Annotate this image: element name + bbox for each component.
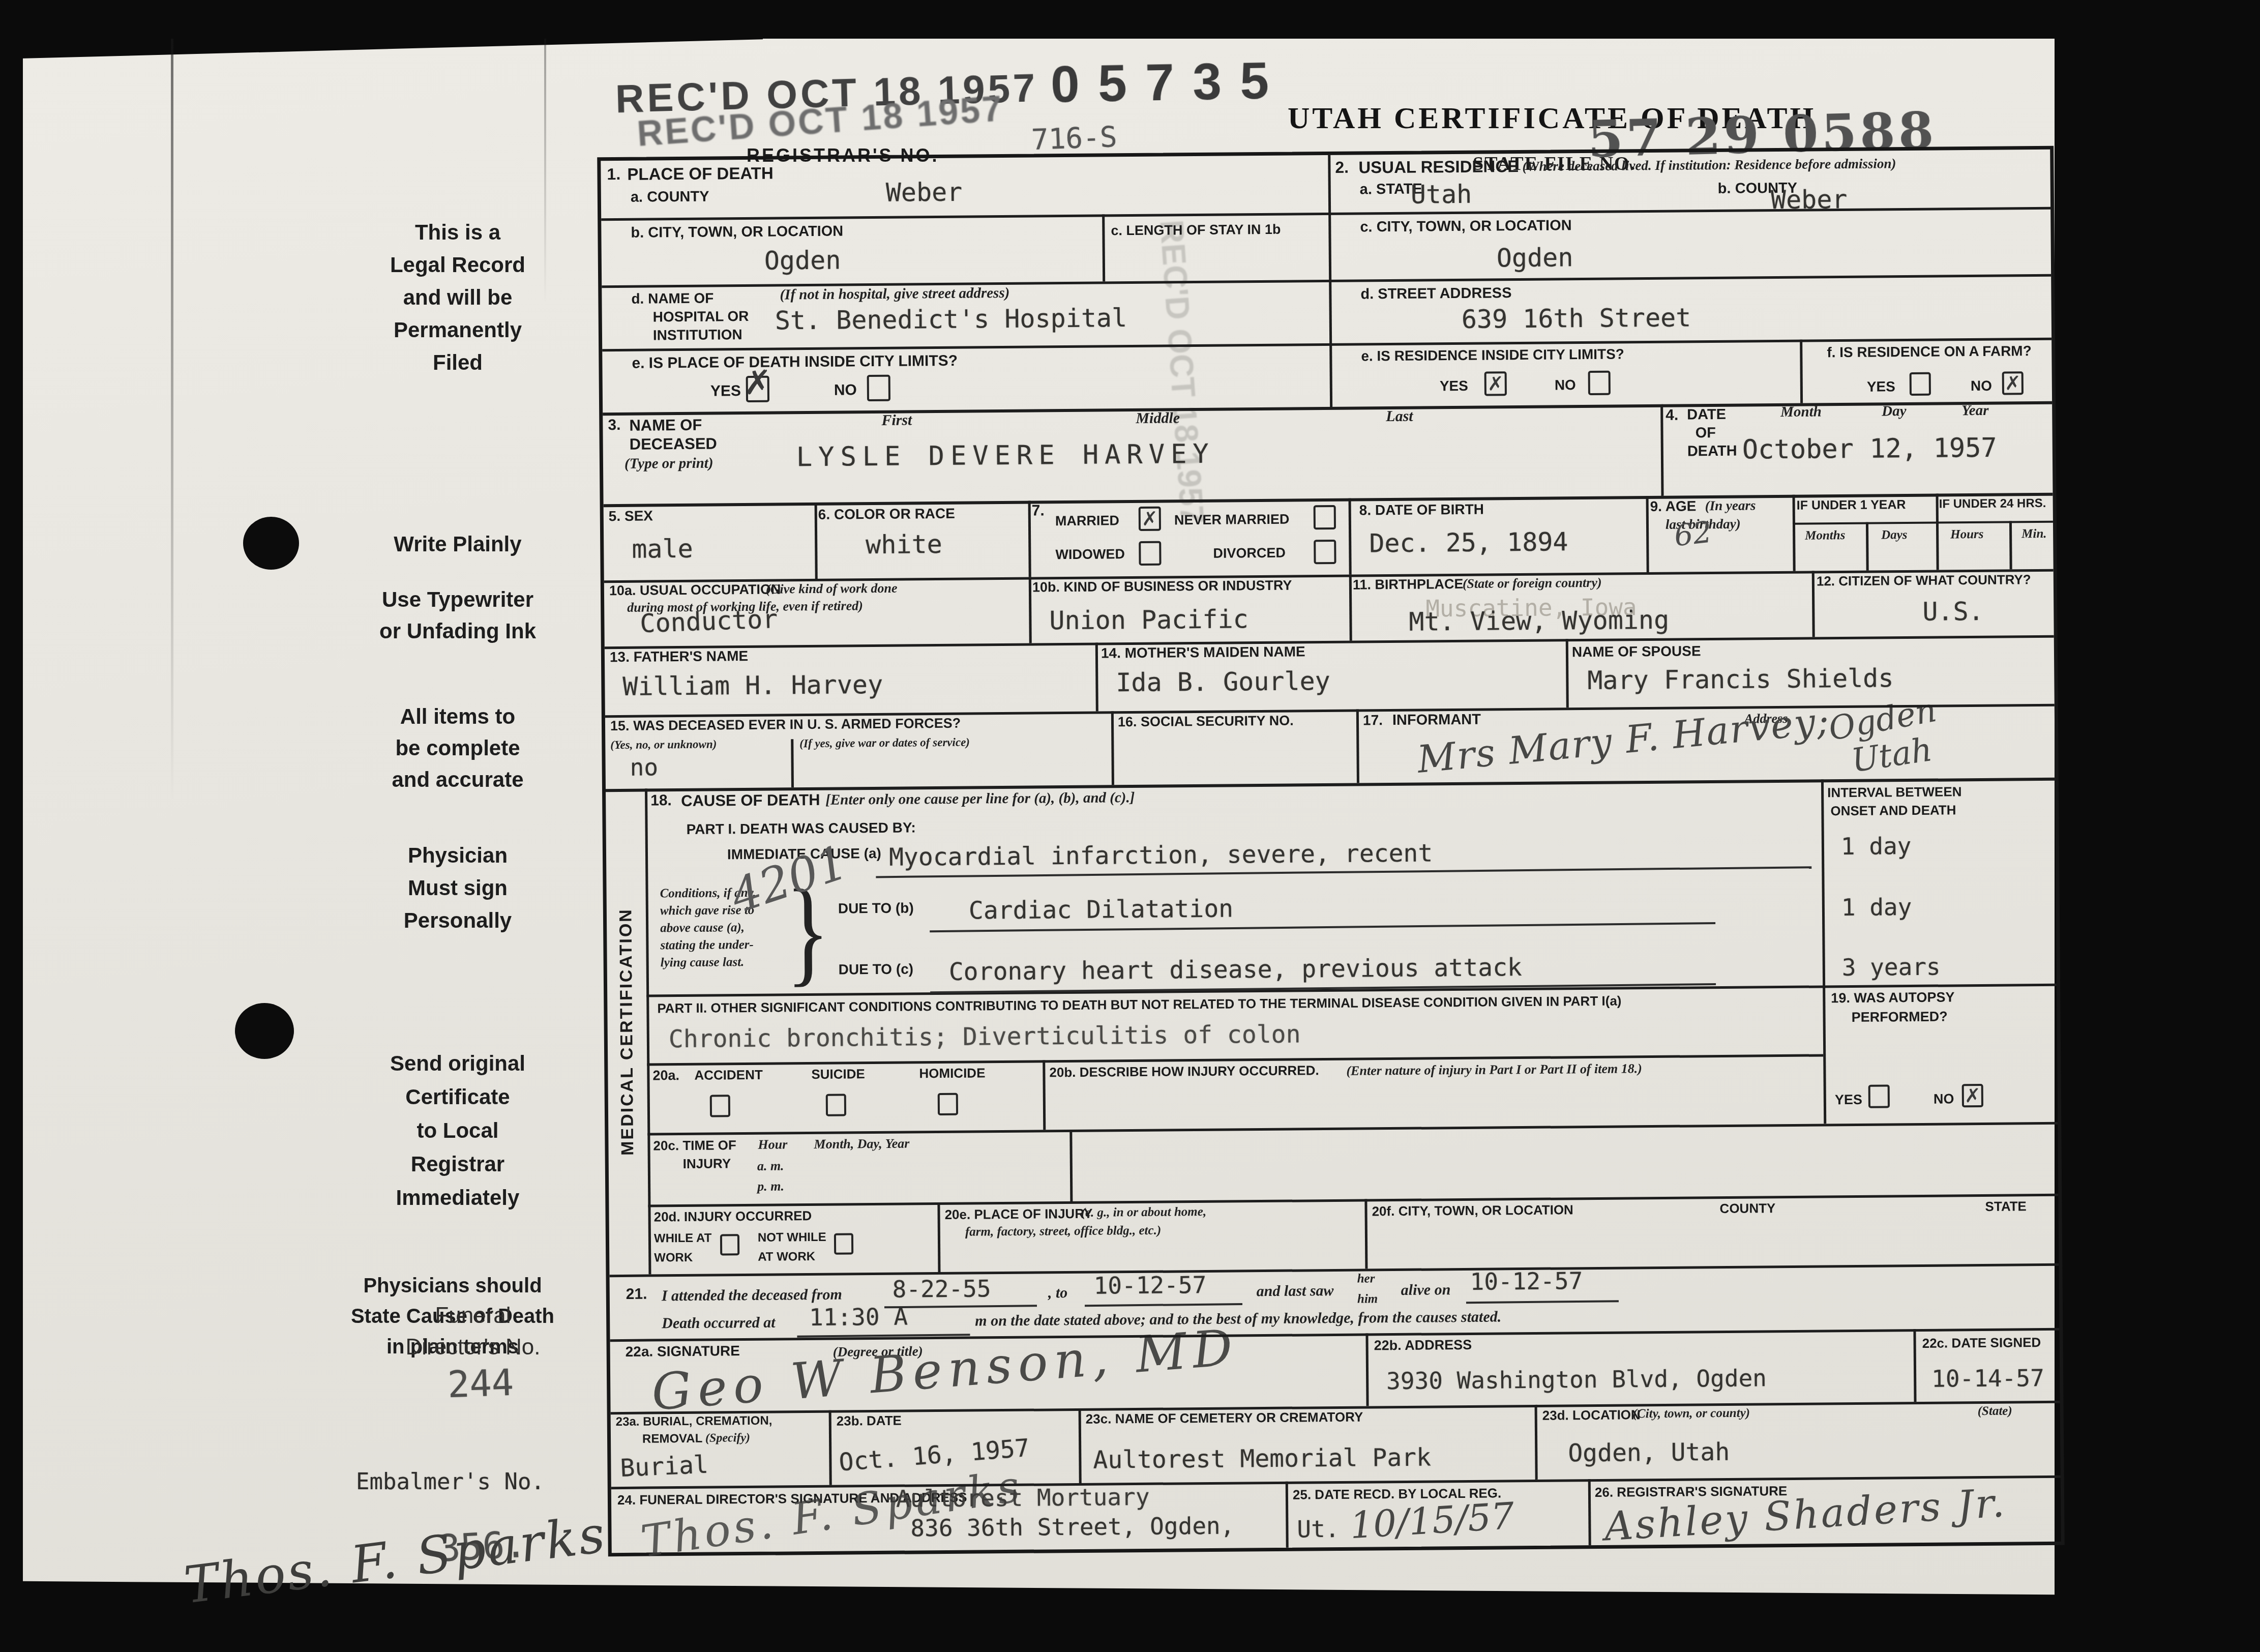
birthplace-label: 11. BIRTHPLACE	[1353, 576, 1464, 593]
grid-line	[1029, 577, 1032, 643]
batch-number-stamp: 0 5 7 3 5	[1050, 51, 1271, 114]
married-checkbox: ✗	[1139, 507, 1161, 531]
margin-note-use-typewriter: Use Typewriter or Unfading Ink	[325, 584, 590, 647]
yes-label: YES	[1835, 1092, 1862, 1108]
embalmer-no-label: Embalmer's No.	[356, 1469, 545, 1495]
informant-label: INFORMANT	[1392, 712, 1481, 729]
grid-line	[829, 1410, 832, 1485]
physician-address-label: 22b. ADDRESS	[1374, 1337, 1472, 1354]
no-label: NO	[1555, 377, 1576, 393]
cause-a-value: Myocardial infarction, severe, recent	[889, 839, 1433, 871]
grid-line	[647, 1122, 2058, 1136]
burial-specify-hint: (Specify)	[705, 1431, 750, 1445]
box18-title: CAUSE OF DEATH	[681, 791, 820, 810]
age-hint-1: (In years	[1705, 497, 1756, 514]
city-of-death-value: Ogden	[764, 246, 841, 276]
grid-line	[1069, 1130, 1073, 1201]
no-label: NO	[834, 381, 857, 399]
hospital-value: St. Benedict's Hospital	[775, 303, 1127, 335]
injury-county-label: COUNTY	[1719, 1200, 1775, 1217]
margin-line: Use Typewriter	[325, 584, 590, 615]
informant-number: 17.	[1363, 712, 1383, 728]
birthplace-hint: (State or foreign country)	[1463, 575, 1602, 592]
margin-line: and will be	[325, 281, 590, 314]
to-text: , to	[1048, 1284, 1068, 1302]
injury-state-label: STATE	[1985, 1198, 2027, 1215]
city-of-death-label: b. CITY, TOWN, OR LOCATION	[631, 223, 843, 241]
name-first-header: First	[881, 411, 912, 429]
funeral-director-no-value: 244	[447, 1361, 515, 1406]
residence-farm-no-checkbox: ✗	[2002, 371, 2024, 395]
occupation-label: 10a. USUAL OCCUPATION	[609, 581, 781, 599]
physician-signature-label: 22a. SIGNATURE	[626, 1343, 740, 1360]
death-date-value: October 12, 1957	[1742, 433, 1997, 465]
no-label: NO	[1971, 378, 1992, 394]
burial-location-label: 23d. LOCATION	[1542, 1407, 1641, 1424]
time-of-injury-label-1: 20c. TIME OF	[653, 1137, 736, 1154]
medical-certification-label: MEDICAL CERTIFICATION	[608, 794, 646, 1270]
under-24-hrs-label: IF UNDER 24 HRS.	[1939, 496, 2046, 512]
date-received-value: 10/15/57	[1349, 1494, 1515, 1547]
autopsy-no-checkbox: ✗	[1962, 1084, 1983, 1107]
grid-line	[1646, 496, 1649, 572]
date-signed-label: 22c. DATE SIGNED	[1922, 1335, 2041, 1351]
married-label: MARRIED	[1055, 513, 1119, 529]
grid-line	[2009, 521, 2012, 569]
box18-number: 18.	[650, 792, 672, 809]
age-value: 62	[1673, 514, 1714, 553]
injury-mdy-header: Month, Day, Year	[814, 1136, 909, 1152]
grid-line	[1913, 1329, 1916, 1402]
margin-line: to Local	[325, 1114, 590, 1147]
suicide-label: SUICIDE	[811, 1066, 865, 1082]
while-at-work-label-1: WHILE AT	[654, 1231, 712, 1246]
death-occurred-text: Death occurred at	[662, 1314, 776, 1333]
divorced-label: DIVORCED	[1213, 545, 1286, 562]
residence-inside-city-no-checkbox	[1588, 371, 1611, 395]
conditions-line-3: above cause (a),	[660, 921, 745, 935]
not-while-at-work-checkbox	[834, 1233, 853, 1254]
grid-line	[1866, 522, 1869, 571]
race-label: 6. COLOR OR RACE	[818, 506, 955, 523]
burial-label-1: 23a. BURIAL, CREMATION,	[616, 1414, 772, 1429]
margin-line: Permanently	[325, 314, 590, 346]
margin-line: This is a	[325, 216, 590, 249]
grid-line	[1660, 404, 1663, 496]
last-saw-text: and last saw	[1257, 1282, 1334, 1300]
grid-line	[1286, 1482, 1289, 1548]
cause-c-value: Coronary heart disease, previous attack	[949, 953, 1522, 986]
part2-value: Chronic bronchitis; Diverticulitis of co…	[669, 1020, 1301, 1053]
margin-line: All items to	[325, 701, 590, 732]
no-label: NO	[1934, 1091, 1954, 1107]
margin-note-legal-record: This is a Legal Record and will be Perma…	[325, 216, 590, 379]
margin-line: Director's No.	[351, 1332, 595, 1363]
margin-line: or Unfading Ink	[325, 615, 590, 647]
grid-line	[1043, 1060, 1046, 1130]
box3-title-2: DECEASED	[630, 434, 718, 453]
part1-label: PART I. DEATH WAS CAUSED BY:	[687, 819, 916, 838]
margin-line: Personally	[325, 904, 590, 937]
yes-label: YES	[1867, 378, 1895, 395]
place-of-injury-label: 20e. PLACE OF INJURY	[944, 1206, 1092, 1223]
interval-c-value: 3 years	[1842, 953, 1941, 982]
cemetery-label: 23c. NAME OF CEMETERY OR CREMATORY	[1086, 1409, 1363, 1427]
residence-inside-city-label: e. IS RESIDENCE INSIDE CITY LIMITS?	[1361, 346, 1624, 364]
place-of-injury-hint-1: (e. g., in or about home,	[1081, 1205, 1206, 1220]
interval-header-2: ONSET AND DEATH	[1830, 802, 1956, 819]
residence-farm-yes-checkbox	[1910, 372, 1931, 396]
yes-label: YES	[710, 382, 741, 400]
father-name-value: William H. Harvey	[622, 670, 883, 701]
cause-b-value: Cardiac Dilatation	[969, 895, 1234, 925]
hospital-label-3: INSTITUTION	[653, 327, 742, 343]
grid-line	[1349, 575, 1352, 641]
county-of-death-label: a. COUNTY	[631, 189, 709, 206]
occupation-value: Conductor	[640, 604, 779, 638]
grid-line	[1812, 571, 1815, 637]
grid-line	[609, 1263, 2059, 1277]
widowed-checkbox	[1139, 541, 1161, 566]
armed-forces-value: no	[630, 753, 658, 781]
name-middle-header: Middle	[1136, 409, 1180, 427]
margin-line: Registrar	[325, 1147, 590, 1181]
autopsy-label-2: PERFORMED?	[1851, 1009, 1947, 1025]
widowed-label: WIDOWED	[1055, 546, 1125, 563]
sex-label: 5. SEX	[609, 508, 653, 524]
spouse-name-value: Mary Francis Shields	[1587, 663, 1893, 695]
grid-line	[648, 1194, 2058, 1207]
punch-hole	[243, 517, 299, 570]
physician-address-value: 3930 Washington Blvd, Ogden	[1386, 1364, 1767, 1395]
accident-label: ACCIDENT	[694, 1067, 763, 1083]
margin-line: Funeral	[351, 1300, 595, 1332]
length-of-stay-label: c. LENGTH OF STAY IN 1b	[1111, 222, 1281, 239]
autopsy-yes-checkbox	[1868, 1084, 1890, 1108]
burial-location-hint: (City, town, or county)	[1633, 1406, 1750, 1422]
box1-number: 1.	[607, 165, 620, 184]
describe-injury-label: 20b. DESCRIBE HOW INJURY OCCURRED.	[1049, 1063, 1319, 1080]
birthplace-value: Mt. View, Wyoming	[1409, 605, 1669, 637]
grid-line	[1095, 643, 1098, 712]
armed-forces-hint-1: (Yes, no, or unknown)	[610, 737, 717, 752]
burial-value: Burial	[619, 1451, 709, 1483]
injury-city-label: 20f. CITY, TOWN, OR LOCATION	[1372, 1202, 1573, 1219]
box18-bracket-hint: [Enter only one cause per line for (a), …	[825, 789, 1135, 809]
residence-inside-city-yes-checkbox: ✗	[1484, 371, 1507, 396]
box3-number: 3.	[608, 417, 620, 434]
age-label: 9. AGE	[1650, 498, 1697, 515]
place-of-injury-hint-2: farm, factory, street, office bldg., etc…	[965, 1224, 1162, 1240]
street-address-label: d. STREET ADDRESS	[1360, 285, 1511, 303]
grid-line	[815, 503, 818, 579]
never-married-label: NEVER MARRIED	[1174, 512, 1290, 528]
margin-line: Legal Record	[325, 249, 590, 281]
suicide-checkbox	[826, 1094, 846, 1116]
describe-injury-hint: (Enter nature of injury in Part I or Par…	[1346, 1061, 1642, 1079]
death-inside-city-yes-checkbox: ✗	[746, 376, 769, 402]
address-overflow-value: Ut.	[1297, 1515, 1340, 1543]
margin-note-write-plainly: Write Plainly	[325, 532, 590, 556]
box7-number: 7.	[1032, 502, 1045, 519]
attended-to-value: 10-12-57	[1093, 1271, 1206, 1300]
grid-line	[937, 1202, 940, 1272]
certificate-form: MEDICAL CERTIFICATION 1. PLACE OF DEATH …	[597, 146, 2065, 1556]
residence-state-value: Utah	[1411, 180, 1472, 210]
due-to-c-label: DUE TO (c)	[839, 961, 914, 978]
ssn-label: 16. SOCIAL SECURITY NO.	[1118, 713, 1294, 730]
alive-on-text: alive on	[1401, 1281, 1451, 1299]
citizen-label: 12. CITIZEN OF WHAT COUNTRY?	[1817, 572, 2031, 589]
county-of-death-value: Weber	[886, 178, 963, 208]
sex-value: male	[632, 534, 693, 564]
time-of-injury-label-2: INJURY	[683, 1156, 731, 1172]
margin-note-all-items: All items to be complete and accurate	[325, 701, 590, 795]
interval-header-1: INTERVAL BETWEEN	[1827, 784, 1962, 801]
hospital-label-1: d. NAME OF	[631, 290, 713, 307]
grid-line	[1793, 521, 2053, 525]
autopsy-label-1: 19. WAS AUTOPSY	[1831, 989, 1954, 1006]
interval-b-value: 1 day	[1841, 893, 1912, 921]
attended-text: I attended the deceased from	[662, 1286, 842, 1305]
entry-underline	[1466, 1300, 1619, 1304]
margin-line: and accurate	[325, 764, 590, 795]
burial-location-value: Ogden, Utah	[1568, 1438, 1730, 1467]
accident-checkbox	[710, 1095, 730, 1117]
grid-line	[1535, 1405, 1538, 1480]
divorced-checkbox	[1314, 540, 1336, 564]
not-while-at-work-label-1: NOT WHILE	[758, 1230, 826, 1245]
grid-line	[1111, 711, 1114, 785]
residence-farm-label: f. IS RESIDENCE ON A FARM?	[1827, 343, 2032, 361]
grid-line	[1102, 214, 1105, 281]
hospital-hint: (If not in hospital, give street address…	[780, 285, 1009, 304]
box2-title: USUAL RESIDENCE	[1358, 157, 1519, 177]
while-at-work-label-2: WORK	[654, 1251, 693, 1265]
box3-hint: (Type or print)	[625, 455, 713, 473]
citizen-value: U.S.	[1922, 597, 1984, 627]
armed-forces-label: 15. WAS DECEASED EVER IN U. S. ARMED FOR…	[610, 716, 961, 734]
box4-title-3: DEATH	[1687, 443, 1737, 460]
min-header: Min.	[2021, 527, 2047, 541]
burial-label-2: REMOVAL	[642, 1432, 702, 1447]
injury-pm-label: p. m.	[757, 1178, 784, 1194]
father-name-label: 13. FATHER'S NAME	[610, 648, 748, 665]
margin-line: Physicians should	[285, 1271, 620, 1301]
grid-line	[1079, 1408, 1082, 1483]
him-option: him	[1357, 1292, 1378, 1306]
interval-a-value: 1 day	[1841, 832, 1912, 860]
margin-note-physician-sign: Physician Must sign Personally	[325, 839, 590, 937]
box21-number: 21.	[626, 1286, 647, 1303]
cemetery-value: Aultorest Memorial Park	[1093, 1443, 1431, 1474]
grid-line	[1028, 501, 1031, 577]
burial-state-hint: (State)	[1978, 1404, 2012, 1419]
box1-title: PLACE OF DEATH	[627, 164, 774, 184]
industry-value: Union Pacific	[1049, 604, 1248, 635]
occupation-hint-1: (Give kind of work done	[766, 581, 898, 597]
race-value: white	[866, 529, 942, 559]
fold-line	[171, 39, 173, 802]
grid-line	[1356, 710, 1359, 783]
birth-date-label: 8. DATE OF BIRTH	[1359, 501, 1484, 519]
injury-hour-header: Hour	[758, 1137, 787, 1152]
margin-line: Send original	[325, 1047, 590, 1080]
punch-hole	[235, 1003, 294, 1059]
industry-label: 10b. KIND OF BUSINESS OR INDUSTRY	[1032, 578, 1292, 596]
box3-title-1: NAME OF	[629, 416, 702, 435]
under-1-year-label: IF UNDER 1 YEAR	[1797, 497, 1906, 513]
margin-line: be complete	[325, 732, 590, 764]
box4-title-1: DATE	[1687, 406, 1726, 424]
grid-line	[602, 274, 2051, 288]
death-inside-city-label: e. IS PLACE OF DEATH INSIDE CITY LIMITS?	[632, 352, 958, 372]
residence-city-value: Ogden	[1497, 243, 1573, 273]
box4-title-2: OF	[1695, 425, 1716, 441]
box20a-number: 20a.	[652, 1068, 679, 1083]
grid-line	[1365, 1333, 1369, 1406]
injury-occurred-label: 20d. INJURY OCCURRED	[653, 1208, 812, 1225]
grid-line	[1800, 340, 1803, 403]
days-header: Days	[1881, 528, 1908, 542]
attended-from-value: 8-22-55	[893, 1275, 991, 1303]
registrar-no-value: 716-S	[1031, 121, 1118, 157]
entry-underline	[1085, 1303, 1242, 1307]
yes-label: YES	[1440, 378, 1468, 394]
closing-statement-text: m on the date stated above; and to the b…	[975, 1308, 1501, 1330]
margin-line: Immediately	[325, 1181, 590, 1215]
name-last-header: Last	[1386, 408, 1413, 425]
never-married-checkbox	[1314, 505, 1336, 529]
grid-line	[605, 635, 2054, 649]
armed-forces-hint-2: (If yes, give war or dates of service)	[799, 736, 970, 751]
grid-line	[1349, 498, 1352, 575]
spouse-name-label: NAME OF SPOUSE	[1572, 643, 1701, 660]
homicide-checkbox	[938, 1093, 958, 1115]
margin-line: Physician	[325, 839, 590, 872]
burial-date-label: 23b. DATE	[837, 1413, 902, 1429]
birth-date-value: Dec. 25, 1894	[1369, 527, 1568, 558]
box2-hint: (Where deceased lived. If institution: R…	[1522, 156, 1896, 174]
injury-am-label: a. m.	[757, 1158, 784, 1173]
homicide-label: HOMICIDE	[919, 1065, 985, 1081]
margin-line: Filed	[325, 346, 590, 379]
months-header: Months	[1805, 528, 1845, 543]
funeral-director-no-label: Funeral Director's No.	[351, 1300, 595, 1363]
box4-number: 4.	[1666, 407, 1678, 424]
grid-line	[1364, 1199, 1367, 1268]
while-at-work-checkbox	[720, 1234, 739, 1255]
street-address-value: 639 16th Street	[1462, 303, 1691, 334]
not-while-at-work-label-2: AT WORK	[758, 1250, 815, 1264]
grid-line	[791, 739, 794, 787]
last-seen-value: 10-12-57	[1470, 1267, 1583, 1295]
grid-line	[645, 789, 651, 1275]
conditions-line-5: lying cause last.	[661, 955, 745, 970]
death-certificate-scan: REC'D OCT 18 1957 REC'D OCT 18 1957 0 5 …	[0, 0, 2260, 1652]
date-signed-value: 10-14-57	[1931, 1364, 2044, 1393]
grid-line	[1793, 495, 1796, 571]
death-inside-city-no-checkbox	[867, 375, 890, 401]
deceased-name-value: LYSLE DEVERE HARVEY	[796, 439, 1215, 473]
hours-header: Hours	[1950, 527, 1984, 542]
margin-note-send-original: Send original Certificate to Local Regis…	[325, 1047, 590, 1215]
conditions-line-4: stating the under-	[660, 938, 754, 953]
margin-line: Must sign	[325, 872, 590, 904]
due-to-b-label: DUE TO (b)	[838, 900, 914, 917]
mother-name-label: 14. MOTHER'S MAIDEN NAME	[1101, 643, 1305, 661]
grid-line	[1566, 639, 1569, 707]
her-option: her	[1357, 1272, 1375, 1286]
box2-number: 2.	[1335, 158, 1349, 177]
grid-line	[1588, 1479, 1591, 1545]
grid-line	[603, 401, 2052, 416]
mother-name-value: Ida B. Gourley	[1116, 666, 1330, 697]
residence-city-label: c. CITY, TOWN, OR LOCATION	[1360, 217, 1571, 235]
grid-line	[1821, 779, 1826, 1124]
margin-line: Certificate	[325, 1080, 590, 1114]
hospital-label-2: HOSPITAL OR	[653, 308, 749, 325]
